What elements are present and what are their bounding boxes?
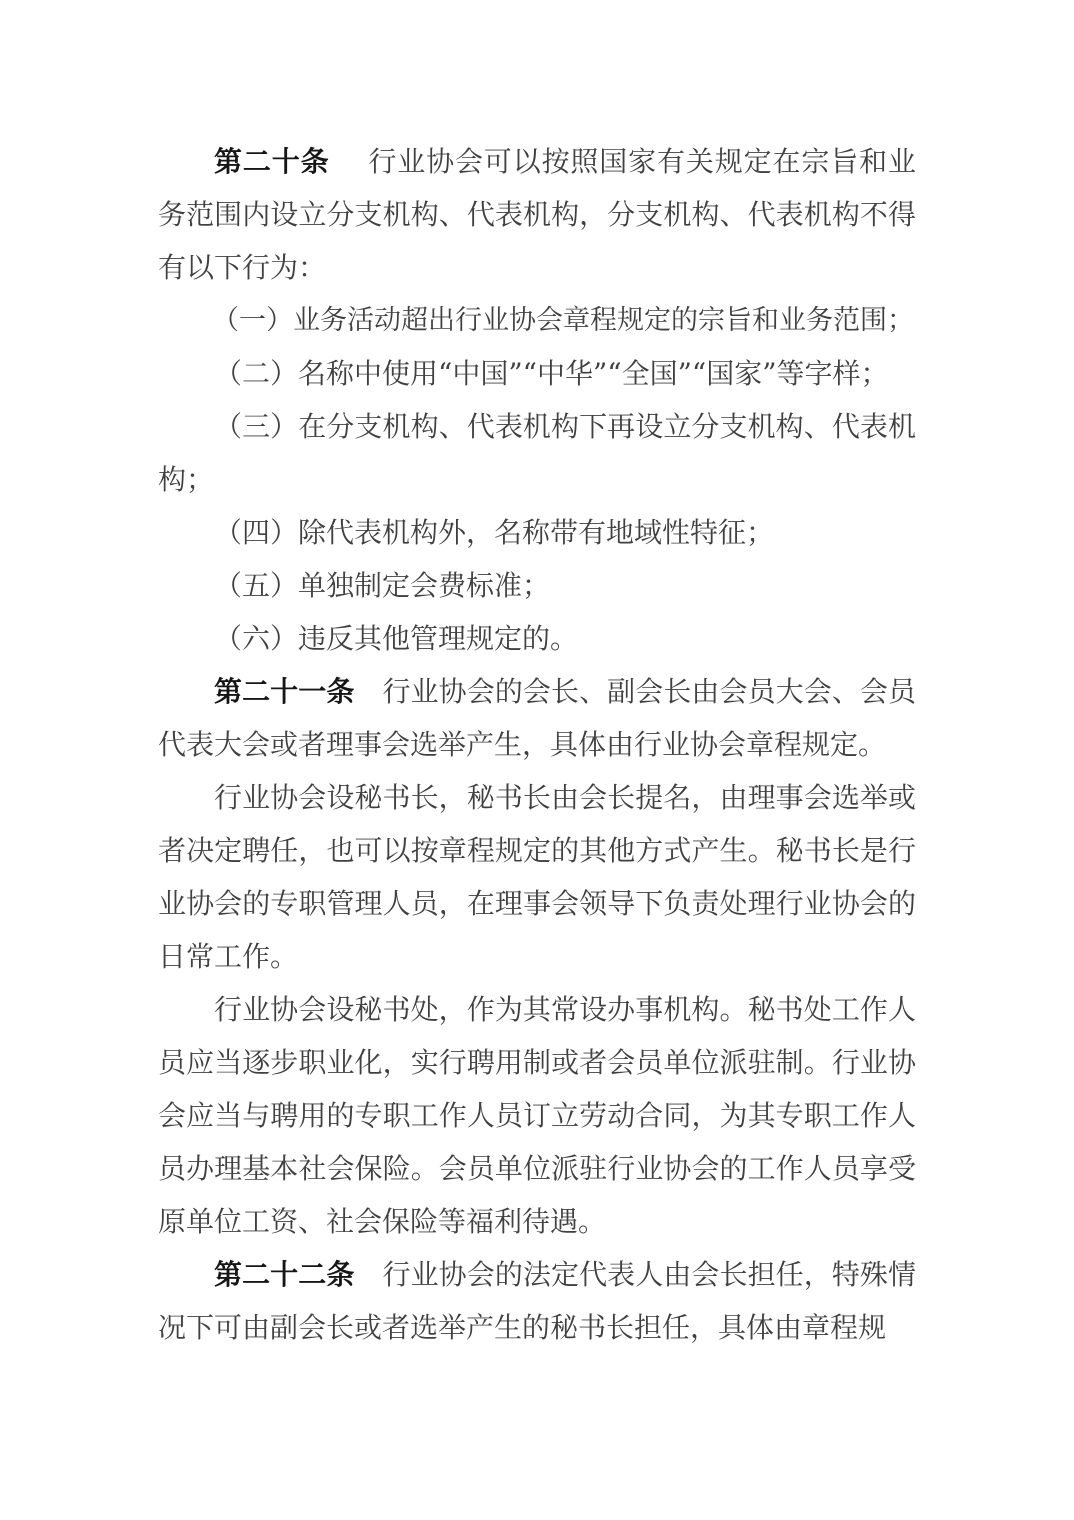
article-21-secretary-general-paragraph: 行业协会设秘书长，秘书长由会长提名，由理事会选举或者决定聘任，也可以按章程规定的… — [158, 771, 916, 983]
clause-1-text: （一）业务活动超出行业协会章程规定的宗旨和业务范围； — [212, 305, 914, 336]
article-20-clause-2: （二）名称中使用“中国”“中华”“全国”“国家”等字样； — [158, 347, 916, 400]
article-21-number: 第二十一条 — [214, 675, 354, 708]
secretary-general-text: 行业协会设秘书长，秘书长由会长提名，由理事会选举或者决定聘任，也可以按章程规定的… — [158, 781, 916, 973]
article-20-clause-6: （六）违反其他管理规定的。 — [158, 612, 916, 665]
article-20-clause-1: （一）业务活动超出行业协会章程规定的宗旨和业务范围； — [158, 294, 916, 347]
clause-2-text: （二）名称中使用“中国”“中华”“全国”“国家”等字样； — [214, 357, 889, 390]
clause-3-text: （三）在分支机构、代表机构下再设立分支机构、代表机构； — [158, 410, 916, 496]
paragraph-article-21: 第二十一条 行业协会的会长、副会长由会员大会、会员代表大会或者理事会选举产生，具… — [158, 665, 916, 771]
article-22-number: 第二十二条 — [214, 1258, 354, 1291]
clause-5-text: （五）单独制定会费标准； — [214, 569, 550, 602]
clause-6-text: （六）违反其他管理规定的。 — [214, 622, 578, 655]
paragraph-article-22: 第二十二条 行业协会的法定代表人由会长担任，特殊情况下可由副会长或者选举产生的秘… — [158, 1248, 916, 1354]
document-content: 第二十条 行业协会可以按照国家有关规定在宗旨和业务范围内设立分支机构、代表机构，… — [0, 0, 1074, 1354]
article-20-clause-3: （三）在分支机构、代表机构下再设立分支机构、代表机构； — [158, 400, 916, 506]
document-page: 第二十条 行业协会可以按照国家有关规定在宗旨和业务范围内设立分支机构、代表机构，… — [0, 0, 1074, 1520]
article-20-clause-5: （五）单独制定会费标准； — [158, 559, 916, 612]
paragraph-article-20: 第二十条 行业协会可以按照国家有关规定在宗旨和业务范围内设立分支机构、代表机构，… — [158, 135, 916, 294]
article-21-secretariat-paragraph: 行业协会设秘书处，作为其常设办事机构。秘书处工作人员应当逐步职业化，实行聘用制或… — [158, 983, 916, 1248]
clause-4-text: （四）除代表机构外，名称带有地域性特征； — [214, 516, 774, 549]
secretariat-text: 行业协会设秘书处，作为其常设办事机构。秘书处工作人员应当逐步职业化，实行聘用制或… — [158, 993, 916, 1238]
article-20-number: 第二十条 — [214, 145, 329, 178]
article-20-clause-4: （四）除代表机构外，名称带有地域性特征； — [158, 506, 916, 559]
